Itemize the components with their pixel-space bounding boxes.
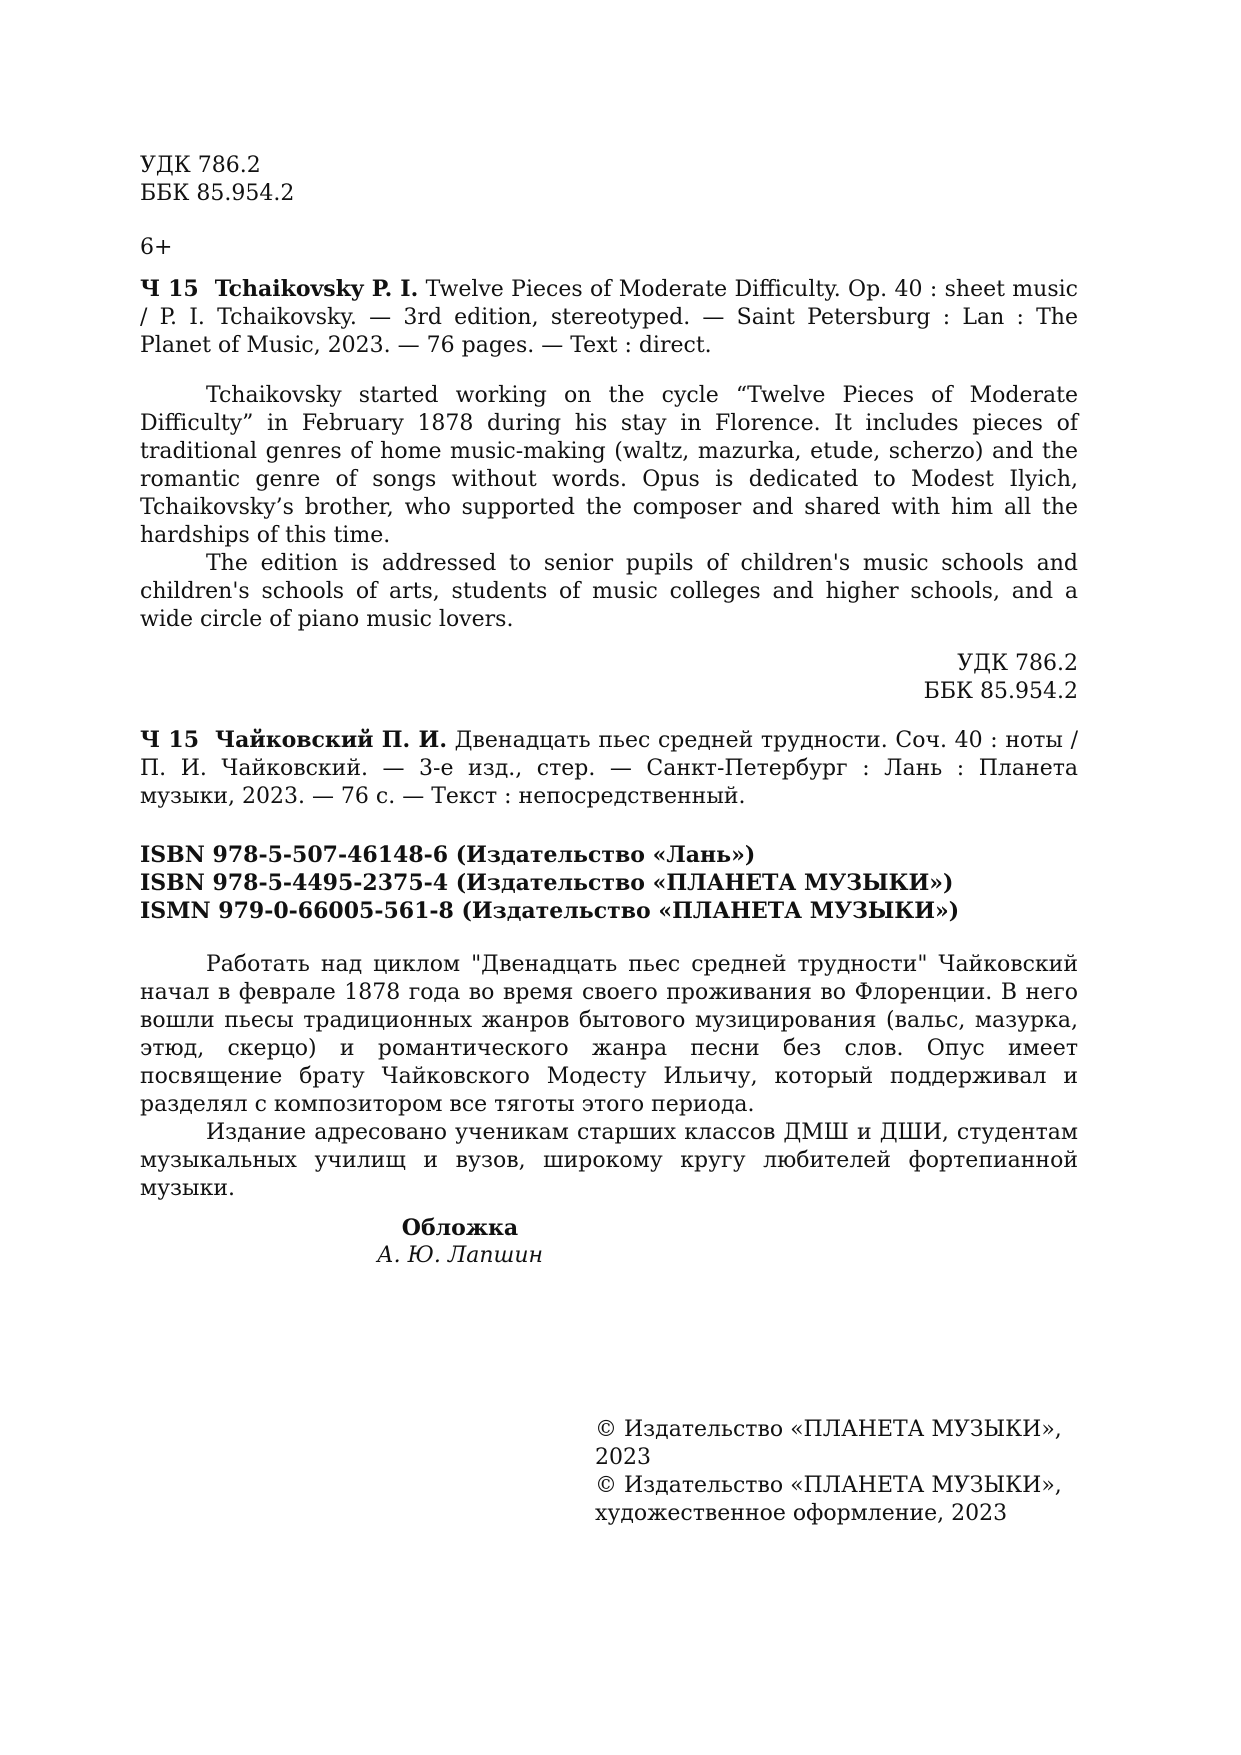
entry-code-en: Ч 15 [140, 276, 199, 302]
isbn-line-2: ISBN 978-5-4495-2375-4 (Издательство «ПЛ… [140, 869, 1078, 897]
annotation-ru-paragraph-2: Издание адресовано ученикам старших клас… [140, 1119, 1078, 1203]
age-rating-mark: 6+ [140, 234, 1078, 262]
annotation-en-paragraph-1: Tchaikovsky started working on the cycle… [140, 382, 1078, 550]
entry-author-en: Tchaikovsky P. I. [215, 276, 419, 302]
copyright-line-1: © Издательство «ПЛАНЕТА МУЗЫКИ», [595, 1416, 1115, 1444]
bibliographic-entry-en: Ч 15Tchaikovsky P. I. Twelve Pieces of M… [140, 275, 1078, 360]
entry-code-ru: Ч 15 [140, 727, 199, 753]
entry-author-ru: Чайковский П. И. [215, 727, 447, 753]
ismn-line: ISMN 979-0-66005-561-8 (Издательство «ПЛ… [140, 897, 1078, 925]
annotation-ru-paragraph-1: Работать над циклом "Двенадцать пьес сре… [140, 951, 1078, 1119]
udk-code-right: УДК 786.2 [140, 650, 1078, 678]
imprint-page: УДК 786.2 ББК 85.954.2 6+ Ч 15Tchaikovsk… [0, 0, 1241, 1755]
annotation-ru: Работать над циклом "Двенадцать пьес сре… [140, 951, 1078, 1203]
main-column: УДК 786.2 ББК 85.954.2 6+ Ч 15Tchaikovsk… [140, 152, 1078, 1203]
annotation-en: Tchaikovsky started working on the cycle… [140, 382, 1078, 634]
isbn-block: ISBN 978-5-507-46148-6 (Издательство «Ла… [140, 841, 1078, 925]
isbn-line-1: ISBN 978-5-507-46148-6 (Издательство «Ла… [140, 841, 1078, 869]
bbk-code-right: ББК 85.954.2 [140, 678, 1078, 706]
cover-credit-name: А. Ю. Лапшин [150, 1242, 770, 1270]
bbk-code-top: ББК 85.954.2 [140, 180, 1078, 208]
udk-code-top: УДК 786.2 [140, 152, 1078, 180]
cover-credit: Обложка А. Ю. Лапшин [150, 1214, 770, 1270]
bibliographic-entry-ru: Ч 15Чайковский П. И. Двенадцать пьес сре… [140, 726, 1078, 811]
annotation-en-paragraph-2: The edition is addressed to senior pupil… [140, 550, 1078, 634]
classification-codes-right: УДК 786.2 ББК 85.954.2 [140, 650, 1078, 706]
copyright-line-4: художественное оформление, 2023 [595, 1500, 1115, 1528]
classification-codes-top: УДК 786.2 ББК 85.954.2 [140, 152, 1078, 208]
copyright-block: © Издательство «ПЛАНЕТА МУЗЫКИ», 2023 © … [595, 1416, 1115, 1528]
cover-credit-label: Обложка [150, 1214, 770, 1242]
copyright-line-2: 2023 [595, 1444, 1115, 1472]
copyright-line-3: © Издательство «ПЛАНЕТА МУЗЫКИ», [595, 1472, 1115, 1500]
